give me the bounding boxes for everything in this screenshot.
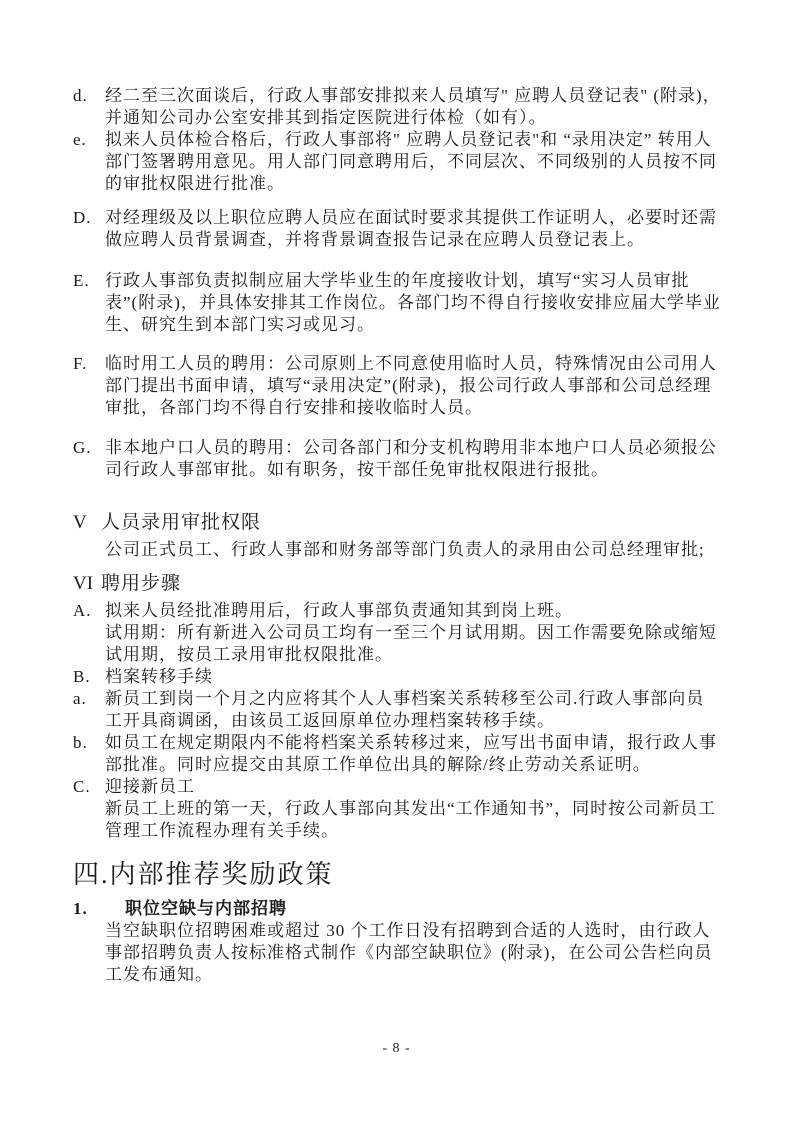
section-vi-numeral: VI [73,571,101,597]
list-sub-text-A: 试用期：所有新进入公司员工均有一至三个月试用期。因工作需要免除或缩短试用期，按员… [105,622,721,666]
document-page: d. 经二至三次面谈后，行政人事部安排拟来人员填写" 应聘人员登记表" (附录)… [0,0,793,1122]
list-sub-text-C: 新员工上班的第一天，行政人事部向其发出“工作通知书”，同时按公司新员工管理工作流… [105,798,721,842]
list-text-F: 临时用工人员的聘用：公司原则上不同意使用临时人员，特殊情况由公司用人部门提出书面… [105,353,721,419]
section-four-heading: 四.内部推荐奖励政策 [73,858,721,892]
list-text-d: 经二至三次面谈后，行政人事部安排拟来人员填写" 应聘人员登记表" (附录)，并通… [105,85,721,129]
list-marker-D: D. [73,207,105,229]
list-marker-A: A. [73,600,105,622]
list-text-A: 拟来人员经批准聘用后，行政人事部负责通知其到岗上班。 [105,600,721,622]
list-item-E: E. 行政人事部负责拟制应届大学毕业生的年度接收计划，填写“实习人员审批表”(附… [73,270,721,336]
list-text-C: 迎接新员工 [105,776,721,798]
item-1-title: 职位空缺与内部招聘 [125,898,287,920]
list-marker-B: B. [73,666,105,688]
list-item-a: a. 新员工到岗一个月之内应将其个人人事档案关系转移至公司.行政人事部向员工开具… [73,688,721,732]
list-item-B: B. 档案转移手续 [73,666,721,688]
list-marker-a: a. [73,688,105,710]
item-1-marker: 1. [73,898,125,920]
list-text-E: 行政人事部负责拟制应届大学毕业生的年度接收计划，填写“实习人员审批表”(附录)，… [105,270,721,336]
section-vi-title: 聘用步骤 [101,571,181,597]
section-v-heading: V 人员录用审批权限 [73,510,721,536]
list-text-G: 非本地户口人员的聘用：公司各部门和分支机构聘用非本地户口人员必须报公司行政人事部… [105,437,721,481]
list-text-b: 如员工在规定期限内不能将档案关系转移过来，应写出书面申请，报行政人事部批准。同时… [105,732,721,776]
list-item-A: A. 拟来人员经批准聘用后，行政人事部负责通知其到岗上班。 试用期：所有新进入公… [73,600,721,666]
list-item-b: b. 如员工在规定期限内不能将档案关系转移过来，应写出书面申请，报行政人事部批准… [73,732,721,776]
section-vi-heading: VI 聘用步骤 [73,571,721,597]
list-marker-b: b. [73,732,105,754]
item-1-paragraph: 当空缺职位招聘困难或超过 30 个工作日没有招聘到合适的人选时，由行政人事部招聘… [105,920,721,986]
list-item-d: d. 经二至三次面谈后，行政人事部安排拟来人员填写" 应聘人员登记表" (附录)… [73,85,721,129]
section-v-title: 人员录用审批权限 [101,510,261,536]
list-text-D: 对经理级及以上职位应聘人员应在面试时要求其提供工作证明人，必要时还需做应聘人员背… [105,207,721,251]
list-item-C: C. 迎接新员工 新员工上班的第一天，行政人事部向其发出“工作通知书”，同时按公… [73,776,721,842]
list-marker-G: G. [73,437,105,459]
list-marker-d: d. [73,85,105,107]
section-v-paragraph: 公司正式员工、行政人事部和财务部等部门负责人的录用由公司总经理审批; [105,539,721,561]
item-1-heading: 1. 职位空缺与内部招聘 [73,898,721,920]
list-text-group-A: 拟来人员经批准聘用后，行政人事部负责通知其到岗上班。 试用期：所有新进入公司员工… [105,600,721,666]
list-text-e: 拟来人员体检合格后，行政人事部将" 应聘人员登记表"和 “录用决定” 转用人部门… [105,129,721,195]
list-item-D: D. 对经理级及以上职位应聘人员应在面试时要求其提供工作证明人，必要时还需做应聘… [73,207,721,251]
list-marker-E: E. [73,270,105,292]
section-v-numeral: V [73,510,101,536]
list-item-G: G. 非本地户口人员的聘用：公司各部门和分支机构聘用非本地户口人员必须报公司行政… [73,437,721,481]
list-item-F: F. 临时用工人员的聘用：公司原则上不同意使用临时人员，特殊情况由公司用人部门提… [73,353,721,419]
list-text-B: 档案转移手续 [105,666,721,688]
list-text-group-C: 迎接新员工 新员工上班的第一天，行政人事部向其发出“工作通知书”，同时按公司新员… [105,776,721,842]
list-marker-e: e. [73,129,105,151]
list-marker-F: F. [73,353,105,375]
list-marker-C: C. [73,776,105,798]
list-item-e: e. 拟来人员体检合格后，行政人事部将" 应聘人员登记表"和 “录用决定” 转用… [73,129,721,195]
page-number: - 8 - [0,1040,793,1058]
list-text-a: 新员工到岗一个月之内应将其个人人事档案关系转移至公司.行政人事部向员工开具商调函… [105,688,721,732]
